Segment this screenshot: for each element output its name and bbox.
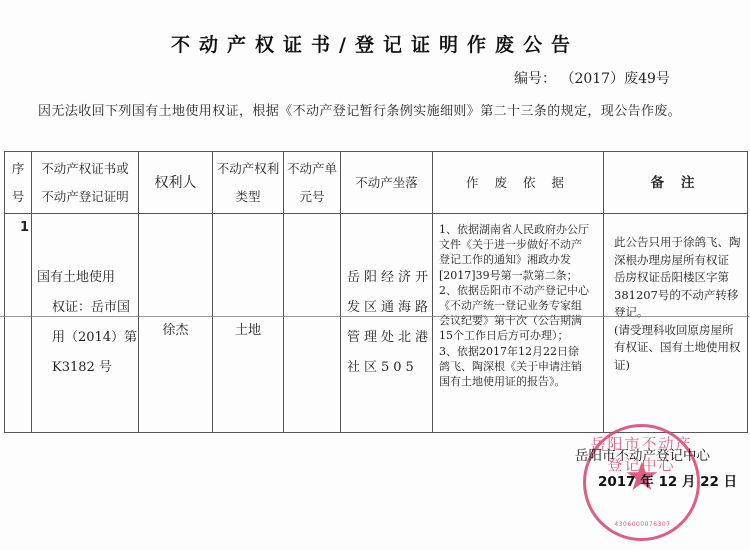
header-location: 不动产坐落 [341,152,433,214]
document-number-label: 编号： [514,71,556,87]
cell-unit-no [284,214,341,433]
header-holder: 权利人 [139,152,213,214]
revocation-table: 序 号 不动产权证书或 不动产登记证明 权利人 不动产权利 类型 不动产单 元号… [4,151,748,433]
cell-certificate: 国有土地使用 权证：岳市国 用（2014）第 K3182 号 [32,214,139,433]
cell-no: 1 [5,214,32,433]
header-remarks: 备 注 [604,152,748,214]
scan-fold-line [0,316,750,317]
header-no: 序 号 [5,152,32,214]
document-number-value: （2017）废49号 [560,71,669,87]
header-basis: 作 废 依 据 [433,152,604,214]
table-header-row: 序 号 不动产权证书或 不动产登记证明 权利人 不动产权利 类型 不动产单 元号… [5,152,748,214]
intro-paragraph: 因无法收回下列国有土地使用权证，根据《不动产登记暂行条例实施细则》第二十三条的规… [38,100,681,119]
issuer-name: 岳阳市不动产登记中心 [575,444,710,464]
header-right-type: 不动产权利 类型 [213,152,284,214]
header-unit-no: 不动产单 元号 [284,152,341,214]
header-certificate: 不动产权证书或 不动产登记证明 [32,152,139,214]
notice-title: 不动产权证书/登记证明作废公告 [0,30,750,57]
document-number: 编号： （2017）废49号 [514,68,670,88]
cell-remarks: 此公告只用于徐鸽飞、陶 深根办理房屋所有权证 岳房权证岳阳楼区字第 381207… [604,214,748,433]
table-row: 1 国有土地使用 权证：岳市国 用（2014）第 K3182 号 徐杰 土地 岳… [5,214,748,433]
issue-date: 2017 年 12 月 22 日 [598,470,737,490]
cell-right-type: 土地 [213,214,284,433]
seal-code: 4306000076307 [600,521,685,528]
cell-basis: 1、依据湖南省人民政府办公厅 文件《关于进一步做好不动产 登记工作的通知》湘政办… [433,214,604,433]
cell-location: 岳阳经济开 发区通海路 管理处北港 社区505 [341,214,433,433]
cell-holder: 徐杰 [139,214,213,433]
